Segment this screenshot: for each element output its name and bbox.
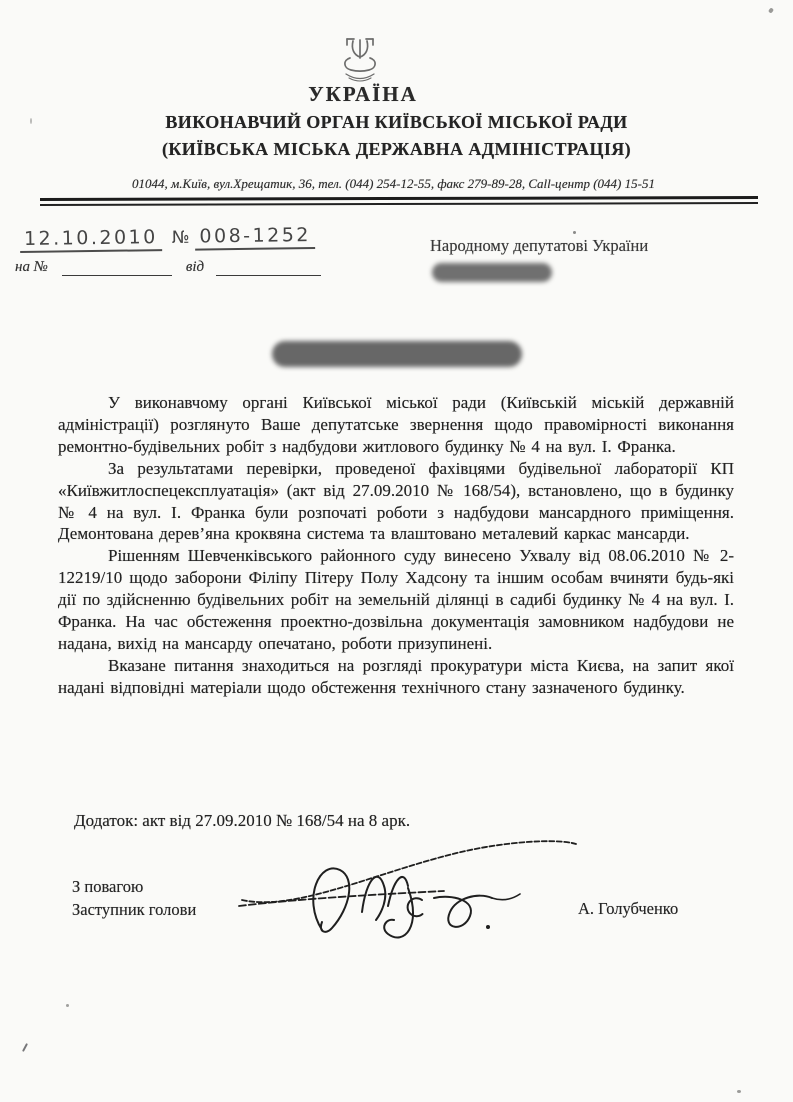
reply-number-blank: [62, 261, 172, 276]
reply-from-label: від: [186, 259, 204, 275]
body-paragraph-1: У виконавчому органі Київської міської р…: [58, 392, 734, 458]
outgoing-number-blank: 008-1252: [195, 224, 315, 251]
letter-body: У виконавчому органі Київської міської р…: [58, 392, 734, 699]
scan-noise-speck: [573, 231, 576, 234]
closing-phrase: З повагою: [72, 877, 143, 897]
letterhead-address: 01044, м.Київ, вул.Хрещатик, 36, тел. (0…: [0, 176, 787, 192]
scan-noise-speck: [737, 1090, 741, 1093]
reply-date-blank: [216, 261, 321, 276]
ukraine-trident-emblem-icon: [333, 36, 387, 86]
handwritten-outgoing-number: 008-1252: [199, 224, 311, 248]
handwritten-signature-icon: [236, 834, 584, 946]
scan-noise-speck: [768, 7, 774, 13]
number-sign: №: [172, 228, 190, 248]
signer-name: А. Голубченко: [578, 899, 678, 919]
body-paragraph-3: Рішенням Шевченківського районного суду …: [58, 545, 734, 655]
reply-to-label: на №: [15, 259, 48, 275]
recipient-title: Народному депутатові України: [430, 236, 648, 256]
scan-noise-speck: [66, 1004, 69, 1007]
letterhead-divider-rule: [40, 196, 758, 206]
body-paragraph-2: За результатами перевірки, проведеної фа…: [58, 458, 734, 546]
body-paragraph-4: Вказане питання знаходиться на розгляді …: [58, 655, 734, 699]
organization-name-line2: (КИЇВСЬКА МІСЬКА ДЕРЖАВНА АДМІНІСТРАЦІЯ): [0, 139, 793, 160]
incoming-reference-row: на №від: [15, 259, 321, 276]
scanned-letter-page: УКРАЇНА ВИКОНАВЧИЙ ОРГАН КИЇВСЬКОЇ МІСЬК…: [0, 0, 793, 1102]
redacted-recipient-name-bar: [432, 263, 552, 282]
handwritten-outgoing-date: 12.10.2010: [24, 226, 158, 250]
country-title: УКРАЇНА: [0, 82, 726, 107]
attachment-note: Додаток: акт від 27.09.2010 № 168/54 на …: [74, 811, 410, 831]
scan-noise-speck: [30, 118, 32, 124]
outgoing-date-blank: 12.10.2010: [20, 226, 162, 253]
organization-name-line1: ВИКОНАВЧИЙ ОРГАН КИЇВСЬКОЇ МІСЬКОЇ РАДИ: [0, 112, 793, 133]
outgoing-reference-row: 12.10.2010№008-1252: [20, 224, 315, 253]
redacted-subject-line-bar: [272, 341, 522, 367]
scan-noise-speck: [22, 1043, 28, 1052]
signer-position: Заступник голови: [72, 900, 196, 920]
